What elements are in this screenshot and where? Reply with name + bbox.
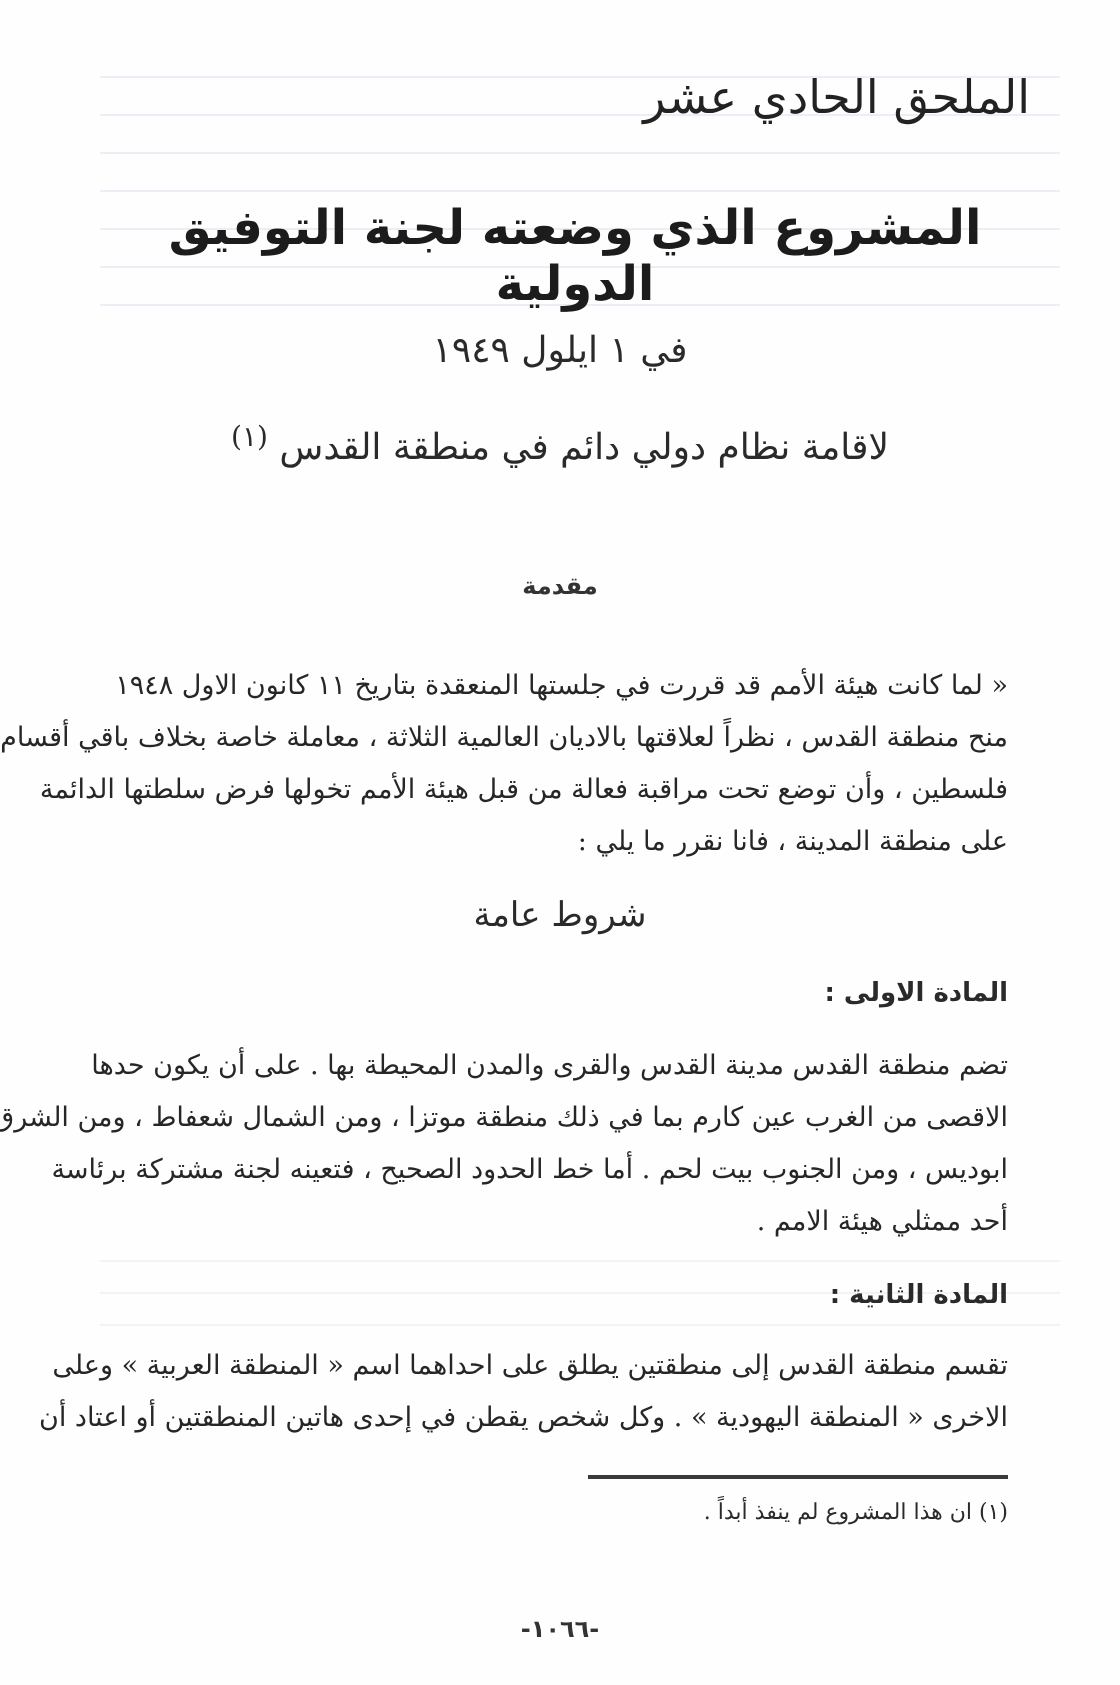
article-2-heading: المادة الثانية : <box>830 1280 1008 1310</box>
footnote-reference: (١) <box>231 420 268 453</box>
paragraph-line: فلسطين ، وأن توضع تحت مراقبة فعالة من قب… <box>112 764 1008 816</box>
footnote: (١) ان هذا المشروع لم ينفذ أبداً . <box>704 1500 1008 1525</box>
introduction-heading: مقدمة <box>0 572 1120 600</box>
bleed-line <box>100 190 1060 192</box>
paragraph-line: الاخرى « المنطقة اليهودية » . وكل شخص يق… <box>112 1392 1008 1444</box>
scanned-page: الملحق الحادي عشر المشروع الذي وضعته لجن… <box>0 0 1120 1685</box>
bleed-line <box>100 1260 1060 1262</box>
subtitle-text: لاقامة نظام دولي دائم في منطقة القدس <box>279 427 889 468</box>
paragraph-line: أحد ممثلي هيئة الامم . <box>112 1196 1008 1248</box>
page-number: -١٠٦٦- <box>0 1615 1120 1643</box>
bleed-line <box>100 1324 1060 1326</box>
introduction-paragraph: « لما كانت هيئة الأمم قد قررت في جلستها … <box>112 660 1008 868</box>
article-2-paragraph: تقسم منطقة القدس إلى منطقتين يطلق على اح… <box>112 1340 1008 1444</box>
paragraph-line: تضم منطقة القدس مدينة القدس والقرى والمد… <box>112 1040 1008 1092</box>
article-1-paragraph: تضم منطقة القدس مدينة القدس والقرى والمد… <box>112 1040 1008 1248</box>
paragraph-line: « لما كانت هيئة الأمم قد قررت في جلستها … <box>112 660 1008 712</box>
bleed-line <box>100 152 1060 154</box>
paragraph-line: تقسم منطقة القدس إلى منطقتين يطلق على اح… <box>112 1340 1008 1392</box>
annex-title: الملحق الحادي عشر <box>643 70 1030 124</box>
main-title: المشروع الذي وضعته لجنة التوفيق الدولية <box>140 200 1010 312</box>
subtitle: لاقامة نظام دولي دائم في منطقة القدس (١) <box>0 420 1120 468</box>
paragraph-line: منح منطقة القدس ، نظراً لعلاقتها بالاديا… <box>112 712 1008 764</box>
date-line: في ١ ايلول ١٩٤٩ <box>0 330 1120 371</box>
general-conditions-heading: شروط عامة <box>0 895 1120 935</box>
footnote-divider <box>588 1475 1008 1479</box>
article-1-heading: المادة الاولى : <box>824 978 1008 1008</box>
paragraph-line: الاقصى من الغرب عين كارم بما في ذلك منطق… <box>112 1092 1008 1144</box>
paragraph-line: ابوديس ، ومن الجنوب بيت لحم . أما خط الح… <box>112 1144 1008 1196</box>
paragraph-line: على منطقة المدينة ، فانا نقرر ما يلي : <box>112 816 1008 868</box>
